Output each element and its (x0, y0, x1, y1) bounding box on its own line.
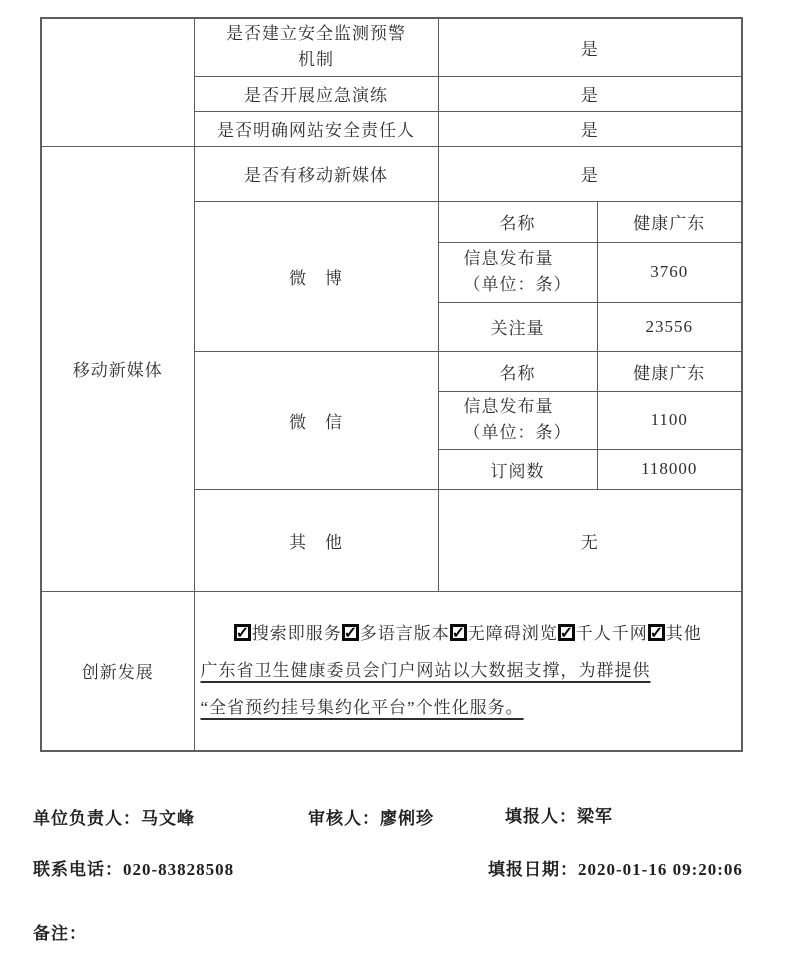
weibo-label-cell: 微 博 (194, 201, 438, 351)
label-text: 是否建立安全监测预警 (201, 21, 432, 47)
remarks-label: 备注： (33, 924, 87, 943)
checked-checkbox-icon (234, 624, 251, 641)
phone-label: 联系电话： (33, 860, 123, 879)
innovation-description: 广东省卫生健康委员会门户网站以大数据支撑，为群提供 “全省预约挂号集约化平台”个… (201, 652, 736, 726)
filler-name: 梁军 (577, 807, 613, 826)
security-person-value-cell: 是 (438, 111, 742, 146)
weibo-followers-label-cell: 关注量 (438, 302, 597, 351)
label-text: （单位：条） (464, 272, 572, 298)
table-row: 是否建立安全监测预警 机制 是 (41, 18, 742, 76)
checked-checkbox-icon (648, 624, 665, 641)
other-media-label-cell: 其 他 (194, 489, 438, 591)
phone-number: 020-83828508 (123, 860, 234, 879)
weibo-name-value-cell: 健康广东 (597, 201, 742, 242)
report-date-field: 填报日期：2020-01-16 09:20:06 (488, 855, 743, 880)
phone-field: 联系电话：020-83828508 (33, 855, 234, 880)
label-text: 机制 (201, 47, 432, 73)
has-mobile-label-cell: 是否有移动新媒体 (194, 146, 438, 201)
remarks-field: 备注： (33, 919, 87, 944)
reviewer-label: 审核人： (308, 809, 380, 828)
weibo-publish-label-cell: 信息发布量 （单位：条） (438, 242, 597, 302)
checkbox-label: 搜索即服务 (252, 624, 342, 643)
wechat-publish-value-cell: 1100 (597, 391, 742, 449)
unit-head-label: 单位负责人： (33, 809, 141, 828)
empty-section-label-cell (41, 18, 194, 146)
label-text: （单位：条） (464, 420, 572, 446)
annual-report-table: 是否建立安全监测预警 机制 是 是否开展应急演练 是 是否明确网站安全责任人 是… (40, 17, 743, 752)
other-media-value-cell: 无 (438, 489, 742, 591)
report-date-label: 填报日期： (488, 860, 578, 879)
unit-head-field: 单位负责人：马文峰 (33, 804, 195, 829)
checked-checkbox-icon (558, 624, 575, 641)
weibo-name-label-cell: 名称 (438, 201, 597, 242)
checkbox-label: 多语言版本 (360, 624, 450, 643)
emergency-drill-value-cell: 是 (438, 76, 742, 111)
table-row: 创新发展 搜索即服务多语言版本无障碍浏览千人千网其他 广东省卫生健康委员会门户网… (41, 591, 742, 751)
emergency-drill-label-cell: 是否开展应急演练 (194, 76, 438, 111)
wechat-name-value-cell: 健康广东 (597, 351, 742, 391)
checkbox-label: 无障碍浏览 (468, 624, 558, 643)
innovation-description-line2: “全省预约挂号集约化平台”个性化服务。 (201, 689, 736, 726)
filler-field: 填报人：梁军 (505, 802, 613, 827)
security-monitor-value-cell: 是 (438, 18, 742, 76)
reviewer-field: 审核人：廖俐珍 (308, 804, 434, 829)
wechat-subscribers-label-cell: 订阅数 (438, 449, 597, 489)
mobile-media-section-label-cell: 移动新媒体 (41, 146, 194, 591)
innovation-section-label-cell: 创新发展 (41, 591, 194, 751)
label-text: 信息发布量 (464, 394, 572, 420)
security-monitor-label-cell: 是否建立安全监测预警 机制 (194, 18, 438, 76)
innovation-content-cell: 搜索即服务多语言版本无障碍浏览千人千网其他 广东省卫生健康委员会门户网站以大数据… (194, 591, 742, 751)
innovation-description-line1: 广东省卫生健康委员会门户网站以大数据支撑，为群提供 (201, 652, 736, 689)
wechat-subscribers-value-cell: 118000 (597, 449, 742, 489)
table-row: 移动新媒体 是否有移动新媒体 是 (41, 146, 742, 201)
has-mobile-value-cell: 是 (438, 146, 742, 201)
innovation-checkbox-line: 搜索即服务多语言版本无障碍浏览千人千网其他 (201, 616, 736, 652)
wechat-label-cell: 微 信 (194, 351, 438, 489)
weibo-followers-value-cell: 23556 (597, 302, 742, 351)
checked-checkbox-icon (450, 624, 467, 641)
checkbox-label: 其他 (666, 624, 702, 643)
unit-head-name: 马文峰 (141, 809, 195, 828)
checkbox-label: 千人千网 (576, 624, 648, 643)
reviewer-name: 廖俐珍 (380, 809, 434, 828)
weibo-publish-value-cell: 3760 (597, 242, 742, 302)
filler-label: 填报人： (505, 807, 577, 826)
label-text: 信息发布量 (464, 246, 572, 272)
report-page: 是否建立安全监测预警 机制 是 是否开展应急演练 是 是否明确网站安全责任人 是… (0, 0, 800, 959)
wechat-publish-label-cell: 信息发布量 （单位：条） (438, 391, 597, 449)
security-person-label-cell: 是否明确网站安全责任人 (194, 111, 438, 146)
report-date-value: 2020-01-16 09:20:06 (578, 860, 743, 879)
checked-checkbox-icon (342, 624, 359, 641)
wechat-name-label-cell: 名称 (438, 351, 597, 391)
